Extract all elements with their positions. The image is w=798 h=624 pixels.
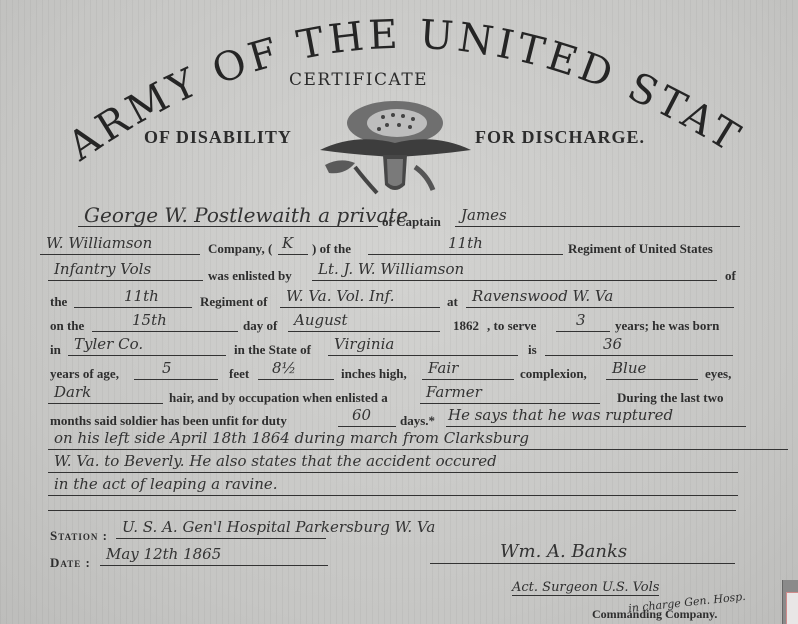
to-serve-label: , to serve bbox=[487, 318, 536, 334]
years-of-age-label: years of age, bbox=[50, 366, 119, 382]
inches-field: 8½ bbox=[258, 359, 334, 380]
hair-occupation-label: hair, and by occupation when enlisted a bbox=[169, 390, 388, 406]
regiment-us-label: Regiment of United States bbox=[568, 241, 713, 257]
days-field: 60 bbox=[338, 406, 396, 427]
signature-field: Wm. A. Banks bbox=[430, 543, 735, 564]
divider-line bbox=[48, 510, 736, 511]
of-the-label: ) of the bbox=[312, 241, 351, 257]
days-label: days.* bbox=[400, 413, 435, 429]
years-field: 3 bbox=[556, 311, 610, 332]
date-field: May 12th 1865 bbox=[100, 545, 328, 566]
of-disability-heading: OF DISABILITY bbox=[144, 127, 292, 148]
place-field: Ravenswood W. Va bbox=[466, 287, 734, 308]
page-corner-overlay bbox=[782, 580, 798, 624]
certificate-document: ARMY OF THE UNITED STATES. CERTIFICATE O… bbox=[0, 0, 798, 624]
on-the-label: on the bbox=[50, 318, 84, 334]
station-field: U. S. A. Gen'l Hospital Parkersburg W. V… bbox=[116, 518, 326, 539]
during-label: During the last two bbox=[617, 390, 724, 406]
soldier-name-field: George W. Postlewaith a private bbox=[78, 206, 378, 227]
company-field: K bbox=[278, 234, 308, 255]
station-label: Station : bbox=[50, 528, 108, 544]
unit-field: W. Va. Vol. Inf. bbox=[280, 287, 440, 308]
date-label: Date : bbox=[50, 555, 91, 571]
regiment-field: 11th bbox=[74, 287, 192, 308]
feet-field: 5 bbox=[134, 359, 218, 380]
enlisted-by-field: Lt. J. W. Williamson bbox=[312, 260, 717, 281]
complexion-label: complexion, bbox=[520, 366, 587, 382]
remarks-line: on his left side April 18th 1864 during … bbox=[48, 429, 788, 450]
signer-title: Act. Surgeon U.S. Vols bbox=[512, 580, 659, 596]
captain-continued-field: W. Williamson bbox=[40, 234, 200, 255]
unfit-label: months said soldier has been unfit for d… bbox=[50, 413, 287, 429]
day-of-label: day of bbox=[243, 318, 277, 334]
year-value: 1862 bbox=[453, 318, 479, 334]
in-label: in bbox=[50, 342, 61, 358]
state-field: Virginia bbox=[328, 335, 518, 356]
hair-field: Dark bbox=[48, 383, 163, 404]
of-captain-label: of Captain bbox=[382, 214, 441, 230]
regiment-of-label: Regiment of bbox=[200, 294, 268, 310]
commanding-company-label: Commanding Company. bbox=[592, 607, 717, 622]
eyes-field: Blue bbox=[606, 359, 698, 380]
is-label: is bbox=[528, 342, 537, 358]
branch-field: Infantry Vols bbox=[48, 260, 203, 281]
day-field: 15th bbox=[92, 311, 238, 332]
at-label: at bbox=[447, 294, 458, 310]
captain-field: James bbox=[455, 206, 740, 227]
company-label: Company, ( bbox=[208, 241, 272, 257]
month-field: August bbox=[288, 311, 440, 332]
age-field: 36 bbox=[545, 335, 733, 356]
certificate-heading: CERTIFICATE bbox=[289, 70, 428, 90]
for-discharge-heading: FOR DISCHARGE. bbox=[475, 127, 645, 148]
enlisted-by-label: was enlisted by bbox=[208, 268, 292, 284]
the-label: the bbox=[50, 294, 67, 310]
occupation-field: Farmer bbox=[420, 383, 600, 404]
inches-label: inches high, bbox=[341, 366, 407, 382]
eagle-icon bbox=[315, 95, 475, 200]
remarks-first-line: He says that he was ruptured bbox=[446, 406, 746, 427]
remarks-line: W. Va. to Beverly. He also states that t… bbox=[48, 452, 738, 473]
of-label: of bbox=[725, 268, 736, 284]
remarks-line: in the act of leaping a ravine. bbox=[48, 475, 738, 496]
regiment-number-field: 11th bbox=[368, 234, 563, 255]
born-label: years; he was born bbox=[615, 318, 719, 334]
complexion-field: Fair bbox=[422, 359, 514, 380]
county-field: Tyler Co. bbox=[68, 335, 226, 356]
eyes-label: eyes, bbox=[705, 366, 731, 382]
feet-label: feet bbox=[229, 366, 249, 382]
state-of-label: in the State of bbox=[234, 342, 311, 358]
